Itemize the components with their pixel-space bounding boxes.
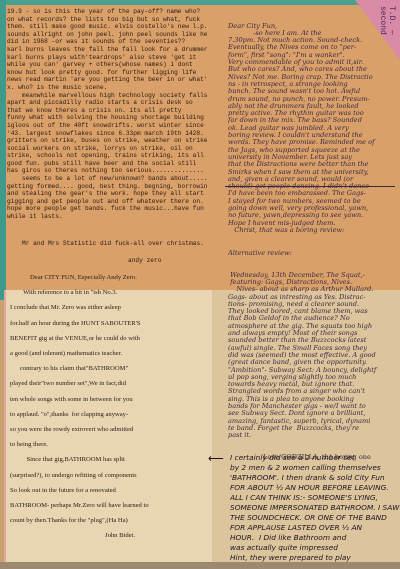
alternative-review-heading: Alternative review: <box>228 250 398 257</box>
letter-line: ten whole songs with some in between for… <box>10 392 206 407</box>
letter-line: so you were the rowdy extrovert who admi… <box>10 422 206 437</box>
first-review: Dear City Fun, -so here I am. At the 7.3… <box>228 23 398 235</box>
arrow-left-icon: ⟵ <box>208 452 224 466</box>
letter-salutation: Dear CITY FUN, Especially Andy Zero. <box>10 270 206 285</box>
letter-line: a good (and tolerant) mathematics teache… <box>10 346 206 361</box>
handwritten-reply-note: I certainly did see a 2 number set by 2 … <box>230 453 400 569</box>
letter-line: played their"two number set",We in fact,… <box>10 376 206 391</box>
letter-line: With reference to a bit in "ish No.3. <box>10 285 206 300</box>
letter-line: I conclude that Mr. Zero was either asle… <box>10 300 206 315</box>
letter-line: contrary to his claim that"BATHROOM" <box>10 361 206 376</box>
left-typed-column: 19.9 - so is this the year of the pay-of… <box>7 8 207 221</box>
letter-line: Since that gig,BATHROOM has split <box>10 452 206 467</box>
letter-line: for.half an hour during the HUNT SABOUTE… <box>10 316 206 331</box>
letter-line: to being there. <box>10 437 206 452</box>
alternative-review: Wednesday, 13th December, The Squat,- fe… <box>228 272 398 440</box>
review-divider <box>225 186 395 187</box>
letter-line: So look out in the future for a renovate… <box>10 483 206 498</box>
letter-line: BENEFIT gig at the VENUE,or he could do … <box>10 331 206 346</box>
teal-left-edge <box>0 0 6 300</box>
right-review-column: Dear City Fun, -so here I am. At the 7.3… <box>228 8 398 469</box>
statistic-line: Mr and Mrs Statistic did fuck-all over c… <box>22 240 204 247</box>
letter-signature: John Bidet. <box>10 528 206 543</box>
letter-line: to applaud. "o",thanks for clapping anyw… <box>10 407 206 422</box>
bathroom-letter: Dear CITY FUN, Especially Andy Zero. Wit… <box>10 270 206 544</box>
letter-line: BATHROOM- perhaps Mr.Zero will have lear… <box>10 498 206 513</box>
letter-line: (surprised?), to undergo refitting of co… <box>10 468 206 483</box>
letter-line: count by then.Thanks for the "plug",(Ha … <box>10 513 206 528</box>
bottom-edge <box>0 562 400 569</box>
andy-zero-signature: andy zero <box>128 257 161 264</box>
